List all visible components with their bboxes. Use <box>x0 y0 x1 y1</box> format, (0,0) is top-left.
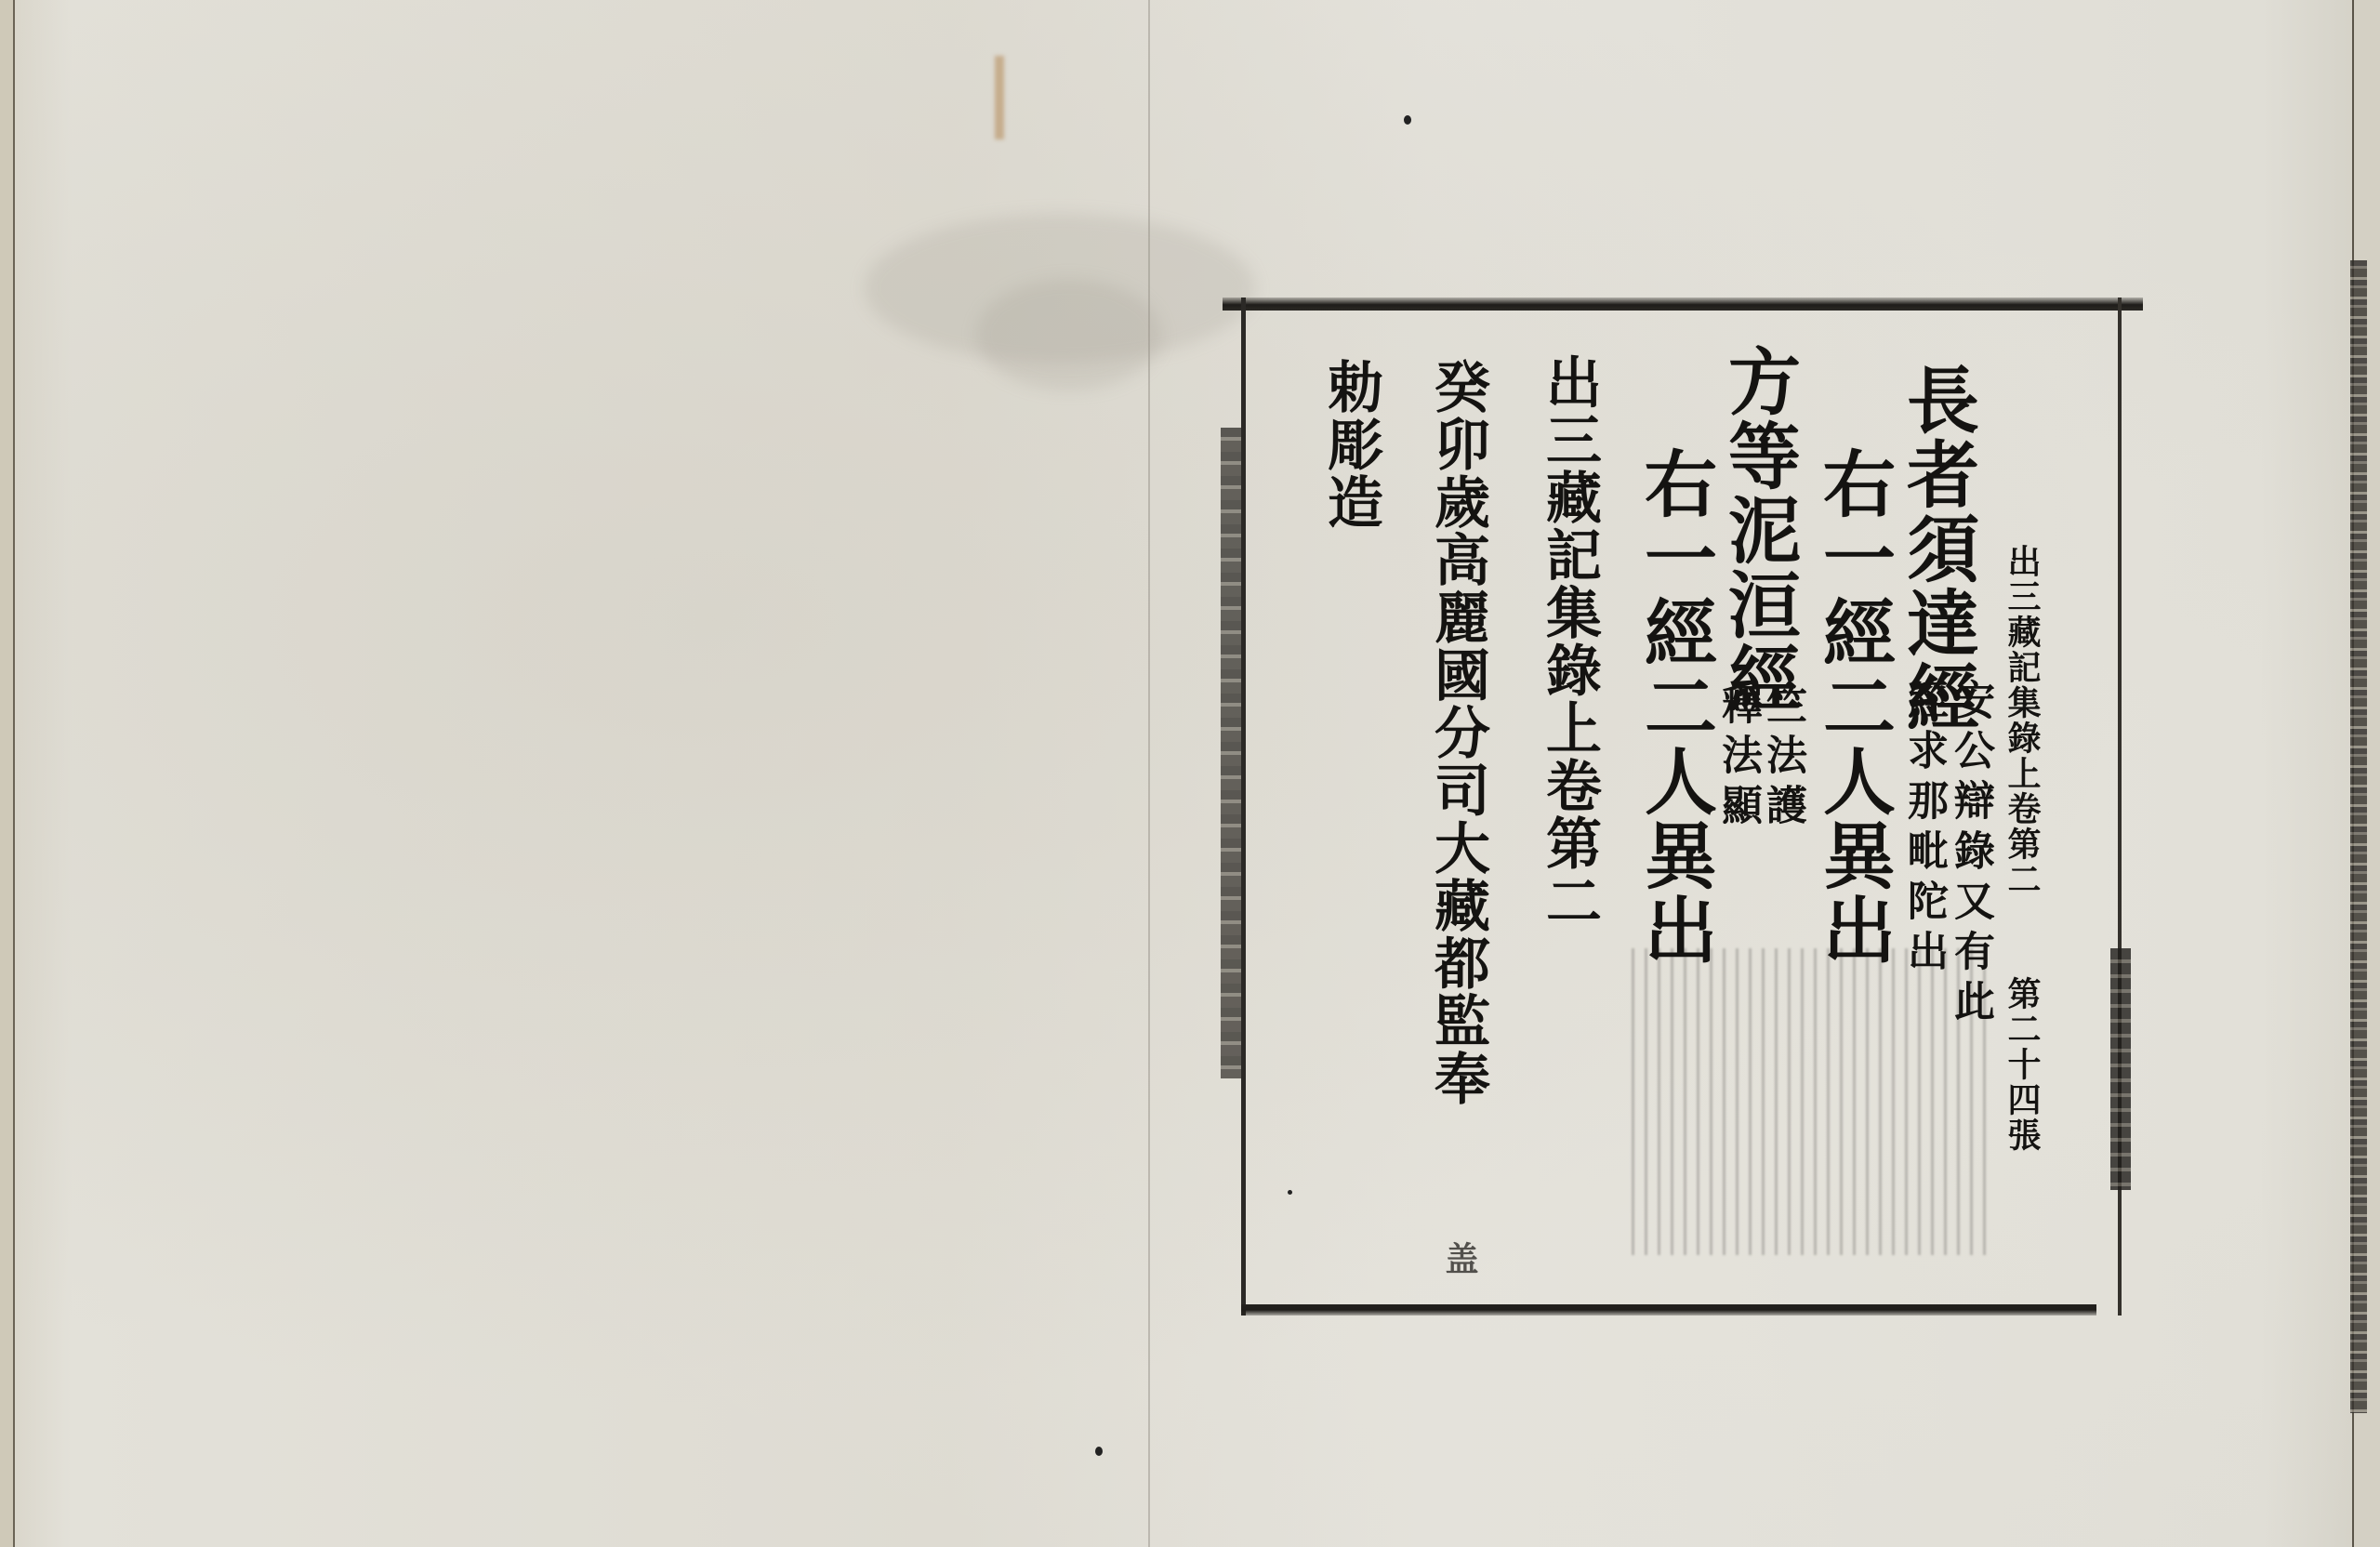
ghost-bleed <box>976 279 1162 390</box>
margin-mark: 𢷣 <box>2003 1157 2041 1193</box>
column-1-note-left: 經求那毗陀出 <box>1901 679 1946 980</box>
ink-dot <box>1404 115 1411 125</box>
column-6-colophon: 癸卯歲高麗國分司大藏都監奉 <box>1427 358 1488 1107</box>
frame-left-smear <box>1221 428 1241 1078</box>
margin-page-label: 第二十四張 <box>2003 976 2041 1153</box>
frame-right-smear <box>2110 948 2131 1190</box>
column-1-note-right: 安公辯錄又有此 <box>1948 679 1992 1030</box>
frame-left-border <box>1241 297 1246 1316</box>
column-5-text: 出三藏記集錄上卷第二 <box>1539 353 1600 930</box>
column-3-note-left: 釋法顯 <box>1715 683 1760 834</box>
left-edge-line <box>13 0 15 1547</box>
paper-stain <box>995 56 1004 139</box>
left-page-edge <box>0 0 13 1547</box>
woodblock-grain-smear <box>1632 948 1994 1255</box>
right-edge-ink-smudge <box>2350 260 2367 1413</box>
document-page: 出三藏記集錄上卷第二 第二十四張 𢷣 長者須達經 安公辯錄又有此 經求那毗陀出 … <box>0 0 2380 1547</box>
frame-bottom-border <box>1241 1304 2096 1316</box>
margin-header: 出三藏記集錄上卷第二 <box>2003 544 2041 897</box>
column-4-text: 右一經二人異出 <box>1634 446 1714 967</box>
column-2-text: 右一經二人異出 <box>1813 446 1893 967</box>
column-3-title: 方等泥洹經 <box>1718 344 1798 716</box>
ink-dot <box>1095 1447 1103 1456</box>
frame-top-border <box>1223 297 2143 311</box>
column-7-text: 勅彫造 <box>1320 358 1382 531</box>
column-3-note-right: 竺法護 <box>1760 683 1805 834</box>
column-6-trailing-mark: 盖 <box>1441 1241 1478 1276</box>
